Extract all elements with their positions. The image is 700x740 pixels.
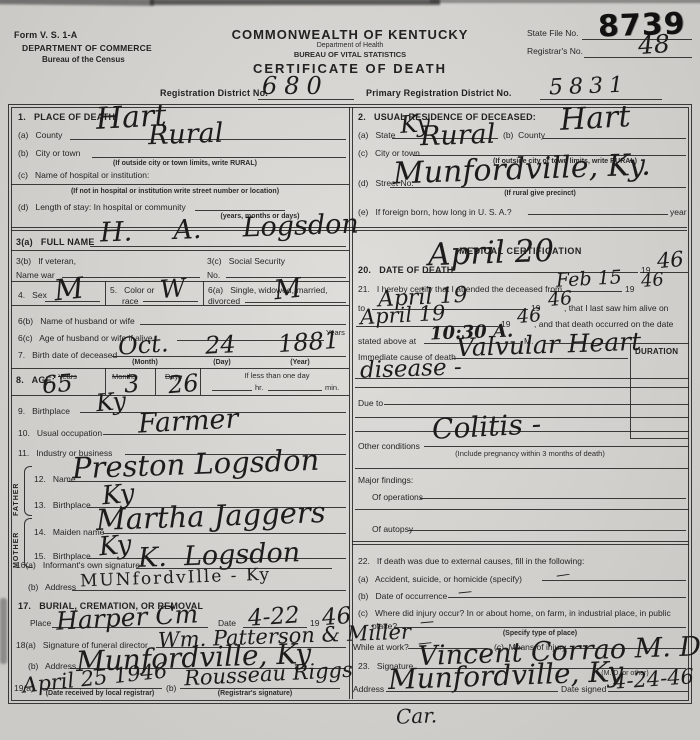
margin-stamp xyxy=(0,598,7,664)
physician-addr-label: Address xyxy=(353,684,384,694)
sec2-foreign-label: (e) If foreign born, how long in U. S. A… xyxy=(358,207,512,217)
birth-day-value: 24 xyxy=(204,332,236,358)
age-years-value: 65 xyxy=(41,371,74,398)
fill-line xyxy=(390,187,686,188)
external-causes-title: 22. If death was due to external causes,… xyxy=(358,556,584,566)
ssn-label: 3(c) Social Security xyxy=(207,256,285,266)
registrar-sig-label: (b) xyxy=(166,683,176,693)
cell-divider xyxy=(203,281,204,305)
fill-line xyxy=(528,214,668,215)
fill-line xyxy=(448,597,686,598)
sec2-foreign-unit: year xyxy=(670,207,687,217)
duration-column-line xyxy=(630,344,631,438)
birthplace-label: 9. Birthplace xyxy=(18,406,70,416)
fill-line xyxy=(424,446,689,447)
ssn-no-label: No. xyxy=(207,270,220,280)
cell-divider xyxy=(105,281,106,305)
certify-line2: , that I last saw him alive on xyxy=(564,303,668,313)
age-hr-label: hr. xyxy=(255,383,263,392)
sec2-street-value: Munfordville, Ky. xyxy=(393,151,652,190)
father-birthplace-label: 13. Birthplace xyxy=(34,500,91,510)
sec2-county-value: Hart xyxy=(559,102,631,136)
birth-day-hint: (Day) xyxy=(200,359,244,366)
due-to-label: Due to xyxy=(358,398,383,408)
fill-line xyxy=(384,404,689,405)
informant-sig-label: 16(a) Informant's own signature xyxy=(16,560,140,570)
race-label-1: 5. Color or xyxy=(110,285,154,295)
registration-district-label: Registration District No. xyxy=(160,88,268,98)
informant-addr-label: (b) Address xyxy=(28,582,76,592)
fill-line xyxy=(386,691,558,692)
where-place-label: place? xyxy=(372,621,397,631)
birth-year-hint: (Year) xyxy=(278,359,322,366)
row-line xyxy=(11,395,349,396)
fill-line xyxy=(103,533,346,534)
while-at-work-label: While at work? xyxy=(353,642,409,652)
fill-line xyxy=(394,627,686,628)
major-findings-label: Major findings: xyxy=(358,475,413,485)
occupation-label: 10. Usual occupation xyxy=(18,428,102,438)
sec1-city-value: Rural xyxy=(148,120,224,150)
stated-above-label: stated above at xyxy=(358,336,416,346)
where-injury-label: (c) Where did injury occur? In or about … xyxy=(358,608,671,618)
primary-district-label: Primary Registration District No. xyxy=(366,88,512,98)
sec1-city-label: (b) City or town xyxy=(18,148,80,158)
registrar-no-value: 48 xyxy=(637,31,670,58)
age-months-value: 3 xyxy=(123,371,140,396)
age-min-label: min. xyxy=(325,383,339,392)
sec1-stay-label: (d) Length of stay: In hospital or commu… xyxy=(18,202,186,212)
fill-line xyxy=(355,378,689,379)
bottom-note: Car. xyxy=(396,705,438,726)
veteran-label: 3(b) If veteran, xyxy=(16,256,76,266)
fill-line xyxy=(268,390,322,391)
registrar-no-label: Registrar's No. xyxy=(527,46,583,56)
from-year-prefix: 19 xyxy=(625,284,634,294)
sec1-city-hint: (If outside city or town limits, write R… xyxy=(105,160,265,167)
date-signed-value: 4-24-46 xyxy=(612,666,694,693)
accident-label: (a) Accident, suicide, or homicide (spec… xyxy=(358,574,522,584)
of-operations-label: Of operations xyxy=(372,492,423,502)
dod-value: April 20 xyxy=(427,236,554,271)
sec2-city-value: Rural xyxy=(420,121,496,151)
death-certificate-scan: Form V. S. 1-A DEPARTMENT OF COMMERCE Bu… xyxy=(0,0,700,740)
of-autopsy-label: Of autopsy xyxy=(372,524,413,534)
section-divider xyxy=(352,541,689,542)
fill-line xyxy=(608,691,688,692)
mother-name-label: 14. Maiden name xyxy=(34,527,104,537)
fill-line xyxy=(90,246,346,247)
fill-line xyxy=(45,301,100,302)
fill-line xyxy=(355,387,689,388)
fill-line xyxy=(72,590,346,591)
father-name-label: 12. Name xyxy=(34,474,76,484)
mother-name-value: Martha Jaggers xyxy=(96,498,327,535)
section-divider xyxy=(352,544,689,545)
fill-line xyxy=(355,509,689,510)
fill-line xyxy=(420,498,686,499)
race-value: W xyxy=(159,275,187,302)
sex-label: 4. Sex xyxy=(18,290,47,300)
sec2-state-label: (a) State xyxy=(358,130,395,140)
header-commonwealth: COMMONWEALTH OF KENTUCKY xyxy=(225,27,475,42)
row-line xyxy=(11,250,349,251)
fill-line xyxy=(112,356,346,357)
duration-label: DURATION xyxy=(635,347,678,356)
primary-district-value: 5831 xyxy=(549,75,630,100)
fill-line xyxy=(245,302,346,303)
occupation-value: Farmer xyxy=(137,405,239,437)
sec1-hospital-hint: (If not in hospital or institution write… xyxy=(40,188,310,195)
column-divider xyxy=(352,107,353,699)
burial-place-label: Place xyxy=(30,618,51,628)
occurrence-label: (b) Date of occurrence xyxy=(358,591,447,601)
other-conditions-hint: (Include pregnancy within 3 months of de… xyxy=(400,449,660,458)
sec2-street-hint: (If rural give precinct) xyxy=(470,190,610,197)
registration-district-value: 680 xyxy=(262,74,329,98)
sec1-county-label: (a) County xyxy=(18,130,62,140)
veteran-namewar-label: Name war xyxy=(16,270,55,280)
fill-line xyxy=(140,324,346,325)
fill-line xyxy=(143,301,198,302)
scan-smudge xyxy=(430,0,700,3)
fill-line xyxy=(542,580,686,581)
header-bureau-vital: BUREAU OF VITAL STATISTICS xyxy=(225,50,475,59)
age-less-hint: If less than one day xyxy=(212,371,342,380)
cell-divider xyxy=(200,368,201,395)
fill-line xyxy=(40,688,162,689)
birth-month-value: Oct. xyxy=(117,331,169,358)
mother-birthplace-value: Ky xyxy=(98,532,133,561)
birth-date-label: 7. Birth date of deceased xyxy=(18,350,117,360)
cell-divider xyxy=(155,368,156,395)
header-department: DEPARTMENT OF COMMERCE xyxy=(22,43,152,53)
full-name-label: 3(a) FULL NAME xyxy=(16,237,95,247)
sec2-county-label: (b) County xyxy=(503,130,545,140)
duration-column-bottom xyxy=(630,438,689,439)
state-file-label: State File No. xyxy=(527,28,579,38)
from-year-value: 46 xyxy=(640,271,664,291)
fill-line xyxy=(408,530,686,531)
fill-line xyxy=(452,358,628,359)
fill-line xyxy=(543,138,686,139)
row-line xyxy=(11,305,349,306)
header-dept-health: Department of Health xyxy=(225,42,475,49)
received-hint: (Date received by local registrar) xyxy=(30,690,170,697)
cause-value: Valvular Heart xyxy=(456,329,642,360)
fill-line xyxy=(103,434,346,435)
row-line xyxy=(11,184,349,185)
fill-line xyxy=(180,688,340,689)
fill-line xyxy=(355,468,689,469)
spouse-label: 6(b) Name of husband or wife xyxy=(18,316,135,326)
marital-value: M xyxy=(273,275,303,305)
fill-line xyxy=(212,390,252,391)
age-days-value: 26 xyxy=(167,371,200,398)
form-number: Form V. S. 1-A xyxy=(14,30,77,40)
other-conditions-value: Colitis - xyxy=(431,410,541,444)
fill-line xyxy=(92,157,346,158)
marital-label-1: 6(a) Single, widowed, married, xyxy=(208,285,328,295)
sec1-hospital-label: (c) Name of hospital or institution: xyxy=(18,170,149,180)
birth-month-hint: (Month) xyxy=(120,359,170,366)
scan-smudge xyxy=(0,0,154,6)
father-brace xyxy=(24,466,32,516)
registrar-sig-hint: (Registrar's signature) xyxy=(190,690,320,697)
father-name-value: Preston Logsdon xyxy=(72,446,320,484)
scan-smudge xyxy=(150,0,440,5)
date-signed-label: Date signed xyxy=(561,684,606,694)
birth-year-value: 1881 xyxy=(277,328,340,356)
father-side-label: FATHER xyxy=(13,470,20,516)
header-bureau: Bureau of the Census xyxy=(42,55,125,64)
